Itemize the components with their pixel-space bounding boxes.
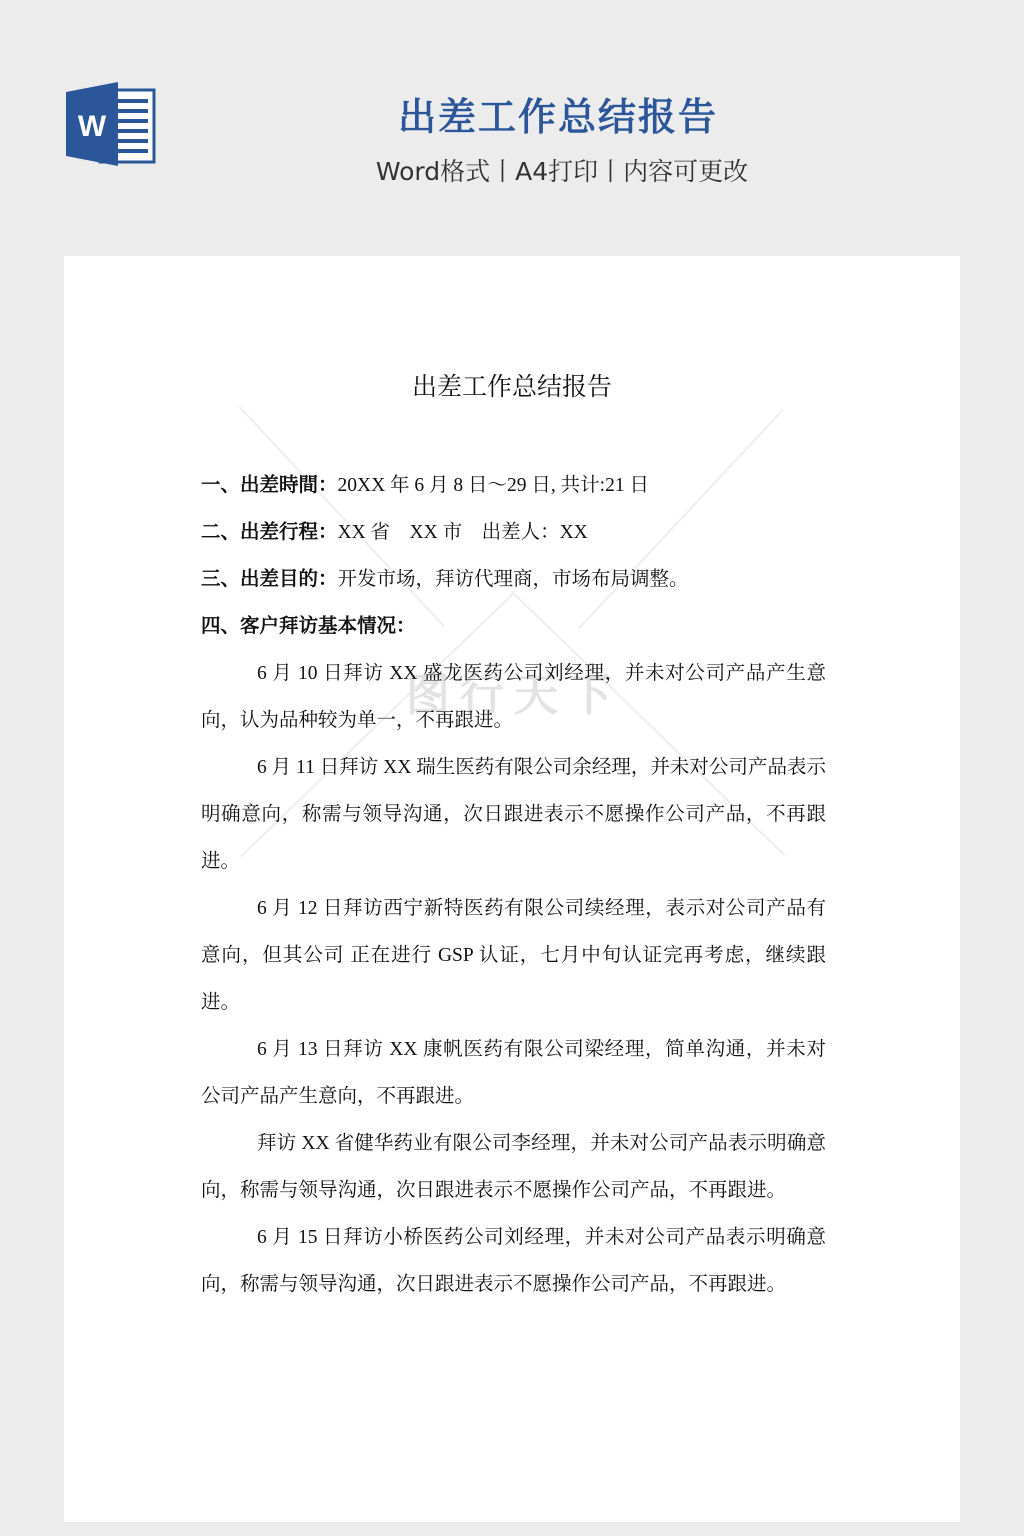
section-value: 开发市场，拜访代理商，市场布局调整。	[338, 569, 689, 590]
header-subtitle: Word格式丨A4打印丨内容可更改	[0, 152, 1024, 192]
section-travel-time: 一、出差時間：20XX 年 6 月 8 日～29 日, 共计:21 日	[201, 462, 826, 509]
section-client-visits: 四、客户拜访基本情况：	[201, 603, 826, 650]
section-value: 20XX 年 6 月 8 日～29 日, 共计:21 日	[338, 475, 649, 496]
visit-paragraph: 6 月 10 日拜访 XX 盛龙医药公司刘经理，并未对公司产品产生意向，认为品种…	[201, 650, 826, 744]
section-value: XX 省 XX 市 出差人：XX	[338, 522, 588, 543]
visit-paragraph: 拜访 XX 省健华药业有限公司李经理，并未对公司产品表示明确意向，称需与领导沟通…	[201, 1120, 826, 1214]
visit-paragraph: 6 月 15 日拜访小桥医药公司刘经理，并未对公司产品表示明确意向，称需与领导沟…	[201, 1214, 826, 1308]
section-purpose: 三、出差目的：开发市场，拜访代理商，市场布局调整。	[201, 556, 826, 603]
document-body: 一、出差時間：20XX 年 6 月 8 日～29 日, 共计:21 日 二、出差…	[201, 462, 826, 1308]
section-itinerary: 二、出差行程：XX 省 XX 市 出差人：XX	[201, 509, 826, 556]
section-label: 三、出差目的：	[201, 569, 338, 590]
header-banner: W 出差工作总结报告 Word格式丨A4打印丨内容可更改	[0, 0, 1024, 256]
section-label: 四、客户拜访基本情况：	[201, 616, 416, 637]
section-label: 一、出差時間：	[201, 475, 338, 496]
visit-paragraph: 6 月 11 日拜访 XX 瑞生医药有限公司余经理，并未对公司产品表示明确意向，…	[201, 744, 826, 885]
header-title: 出差工作总结报告	[0, 92, 1024, 142]
document-title: 出差工作总结报告	[64, 368, 960, 408]
visit-paragraph: 6 月 12 日拜访西宁新特医药有限公司续经理，表示对公司产品有意向，但其公司 …	[201, 885, 826, 1026]
section-label: 二、出差行程：	[201, 522, 338, 543]
document-page: 图行天下 出差工作总结报告 一、出差時間：20XX 年 6 月 8 日～29 日…	[64, 256, 960, 1522]
visit-paragraph: 6 月 13 日拜访 XX 康帆医药有限公司梁经理，简单沟通，并未对公司产品产生…	[201, 1026, 826, 1120]
